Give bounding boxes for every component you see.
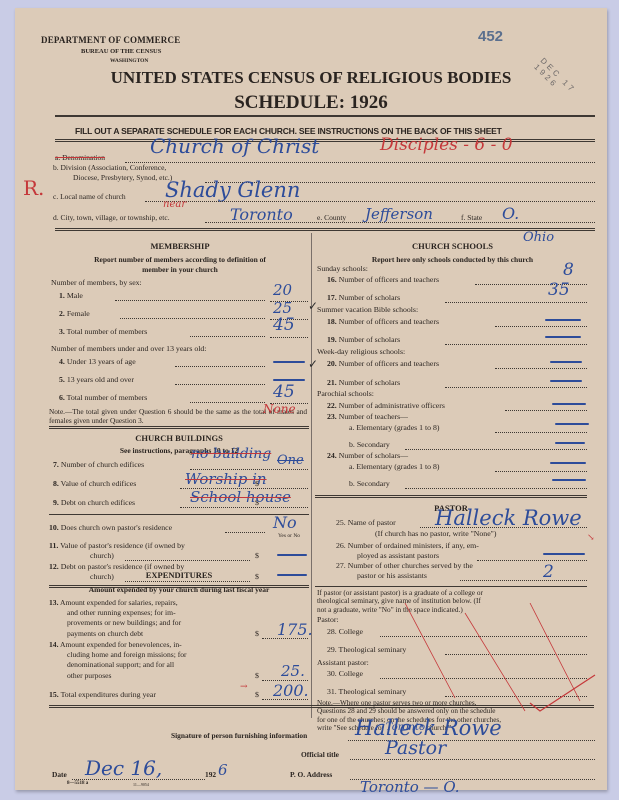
q5-value-dash: [273, 379, 305, 381]
county-label: e. County: [317, 213, 346, 222]
fill-line: [145, 201, 595, 202]
denomination-red-note: Disciples - 6 - 0: [380, 135, 513, 155]
division-label: b. Division (Association, Conference,: [53, 163, 166, 172]
q13-value: 175.: [277, 620, 313, 639]
fill-line: [350, 759, 595, 760]
year-suffix: 6: [218, 761, 228, 779]
po-address-label: P. O. Address: [290, 770, 332, 779]
answer-line: [262, 638, 308, 639]
denomination-value: Church of Christ: [150, 134, 319, 158]
q7-value: One: [277, 453, 304, 468]
graduate-note: If pastor (or assistant pastor) is a gra…: [317, 564, 585, 573]
q21-label: 21. Number of scholars: [327, 378, 400, 387]
q10-label: 10. Does church own pastor's residence: [49, 523, 172, 532]
fill-line: [495, 471, 587, 472]
fill-line: [405, 488, 587, 489]
q8-label: 8. Value of church edifices: [53, 479, 136, 488]
q13-label: 13. Amount expended for salaries, repair…: [49, 598, 181, 639]
q15-label: 15. Total expenditures during year: [49, 690, 156, 699]
city-label: d. City, town, village, or township, etc…: [53, 213, 170, 222]
q10-value: No: [273, 513, 297, 532]
q4-value-dash: [273, 361, 305, 363]
q7-label: 7. Number of church edifices: [53, 460, 144, 469]
fill-line: [190, 402, 265, 403]
answer-line: [270, 337, 308, 338]
fill-line: [120, 318, 265, 319]
summer-schools-label: Summer vacation Bible schools:: [317, 305, 418, 314]
q14-currency: $: [255, 671, 259, 680]
official-title-label: Official title: [301, 750, 339, 759]
q6-value: 45: [273, 382, 295, 402]
form-title: UNITED STATES CENSUS OF RELIGIOUS BODIES: [15, 68, 607, 88]
schedule-title: SCHEDULE: 1926: [15, 92, 607, 114]
denomination-label: a. Denomination: [55, 153, 105, 162]
sunday-schools-label: Sunday schools:: [317, 264, 368, 273]
q15-value: 200.: [273, 681, 309, 700]
check-mark-icon: ✓: [308, 357, 318, 372]
expenditures-title: EXPENDITURES: [49, 570, 309, 580]
by-sex-label: Number of members, by sex:: [51, 278, 142, 287]
q22-value-dash: [552, 403, 586, 405]
q11-label-cont: church): [90, 551, 114, 560]
fill-line: [495, 326, 587, 327]
fill-line: [505, 410, 587, 411]
red-arrow-icon: ↘: [587, 533, 595, 543]
q26-label: 26. Number of ordained ministers, if any…: [336, 541, 479, 550]
q2-label: 2. Female: [59, 309, 90, 318]
divider: [315, 586, 587, 587]
q24a-label: a. Elementary (grades 1 to 8): [349, 462, 440, 471]
divider: [315, 495, 587, 498]
signature-label: Signature of person furnishing informati…: [171, 731, 307, 740]
bureau-name: BUREAU OF THE CENSUS: [81, 48, 161, 55]
fill-line: [477, 560, 587, 561]
q21-value-dash: [550, 380, 582, 382]
department-name: DEPARTMENT OF COMMERCE: [41, 35, 180, 45]
division-label-cont: Diocese, Presbytery, Synod, etc.): [73, 173, 172, 182]
q18-value-dash: [545, 319, 581, 321]
red-strike-lines: [315, 603, 605, 713]
membership-intro-cont: member in your church: [55, 265, 305, 274]
q23b-value-dash: [555, 442, 585, 444]
q1-label: 1. Male: [59, 291, 83, 300]
check-mark-icon: ✓: [308, 299, 318, 314]
year-prefix: 192: [205, 770, 216, 779]
date-value: Dec 16,: [85, 756, 162, 780]
fill-line: [445, 344, 587, 345]
q24b-value-dash: [552, 479, 586, 481]
q19-value-dash: [545, 336, 581, 338]
fill-line: [475, 284, 587, 285]
divider: [49, 514, 309, 515]
q7-struck-note: no building: [191, 446, 271, 462]
census-form-page: DEPARTMENT OF COMMERCE BUREAU OF THE CEN…: [15, 8, 607, 790]
fill-line: [125, 560, 250, 561]
fill-line: [175, 384, 265, 385]
q23a-value-dash: [555, 423, 589, 425]
q25-label: 25. Name of pastor: [336, 518, 396, 527]
official-title-value: Pastor: [385, 737, 446, 759]
q22-label: 22. Number of administrative officers: [327, 401, 445, 410]
fill-line: [495, 432, 587, 433]
q26-value-dash: [543, 553, 585, 555]
q26-label-cont: ployed as assistant pastors: [357, 551, 439, 560]
fill-line: [445, 302, 587, 303]
q24-label: 24. Number of scholars—: [327, 451, 408, 460]
q9-label: 9. Debt on church edifices: [53, 498, 135, 507]
fill-line: [125, 581, 250, 582]
q18-label: 18. Number of officers and teachers: [327, 317, 439, 326]
fill-line: [225, 532, 265, 533]
by-age-label: Number of members under and over 13 year…: [51, 344, 206, 353]
red-arrow-icon: →: [240, 682, 248, 692]
fill-line: [460, 580, 587, 581]
divider: [55, 139, 595, 142]
q11-label: 11. Value of pastor's residence (if owne…: [49, 541, 185, 550]
q10-hint: Yes or No: [278, 533, 300, 539]
date-label: Date: [52, 770, 67, 779]
answer-line: [262, 699, 308, 700]
state-label: f. State: [461, 213, 482, 222]
q23-label: 23. Number of teachers—: [327, 412, 408, 421]
q24a-value-dash: [550, 462, 586, 464]
membership-heading: MEMBERSHIP: [55, 241, 305, 251]
state-value: O.: [502, 204, 519, 223]
state-ohio-note: Ohio: [523, 230, 554, 245]
q14-value: 25.: [281, 662, 305, 680]
buildings-red-note: None: [263, 402, 296, 416]
q11-value-dash: [277, 554, 307, 556]
q20-value-dash: [550, 361, 582, 363]
q17-label: 17. Number of scholars: [327, 293, 400, 302]
q25-hint: (If church has no pastor, write "None"): [375, 529, 496, 538]
serial-number: 452: [478, 28, 503, 45]
print-number: 11—9054: [133, 782, 149, 787]
fill-line: [180, 507, 308, 508]
fill-line: [495, 368, 587, 369]
city-red-note: near: [163, 199, 186, 210]
q6-label: 6. Total number of members: [59, 393, 147, 402]
q16-label: 16. Number of officers and teachers: [327, 275, 439, 284]
q11-currency: $: [255, 551, 259, 560]
county-value: Jefferson: [365, 205, 433, 223]
margin-red-mark: R.: [23, 176, 44, 200]
fill-line: [405, 449, 587, 450]
divider: [49, 426, 309, 429]
weekday-schools-label: Week-day religious schools:: [317, 347, 405, 356]
q20-label: 20. Number of officers and teachers: [327, 359, 439, 368]
q25-value: Halleck Rowe: [435, 506, 582, 530]
fill-line: [115, 300, 265, 301]
schools-sub: Report here only schools conducted by th…: [315, 255, 590, 264]
q23b-label: b. Secondary: [349, 440, 390, 449]
fill-line: [125, 162, 595, 163]
q9-value: School house: [190, 488, 291, 506]
q24b-label: b. Secondary: [349, 479, 390, 488]
membership-intro: Report number of members according to de…: [55, 255, 305, 264]
q3-label: 3. Total number of members: [59, 327, 147, 336]
bureau-city: WASHINGTON: [110, 58, 148, 64]
q14-label: 14. Amount expended for benevolences, in…: [49, 640, 187, 681]
q19-label: 19. Number of scholars: [327, 335, 400, 344]
q23a-label: a. Elementary (grades 1 to 8): [349, 423, 440, 432]
fill-line: [190, 336, 265, 337]
q15-currency: $: [255, 690, 259, 699]
divider: [55, 115, 595, 117]
parochial-schools-label: Parochial schools:: [317, 389, 374, 398]
buildings-heading: CHURCH BUILDINGS: [49, 433, 309, 443]
form-number: 8—5518 a: [67, 781, 88, 786]
q1-value: 20: [273, 281, 292, 299]
fill-line: [205, 222, 595, 223]
q3-value: 45: [273, 315, 295, 335]
fill-line: [175, 366, 265, 367]
local-name-label: c. Local name of church: [53, 192, 126, 201]
po-address-value: Toronto — O.: [360, 778, 460, 796]
fill-line: [445, 387, 587, 388]
q8-value: Worship in: [185, 470, 267, 488]
q4-label: 4. Under 13 years of age: [59, 357, 136, 366]
divider: [55, 228, 595, 231]
q5-label: 5. 13 years old and over: [59, 375, 134, 384]
q17-value: 35: [548, 280, 570, 300]
expenditures-sub: Amount expended by your church during la…: [49, 585, 309, 594]
q16-value: 8: [563, 260, 574, 280]
q13-currency: $: [255, 629, 259, 638]
